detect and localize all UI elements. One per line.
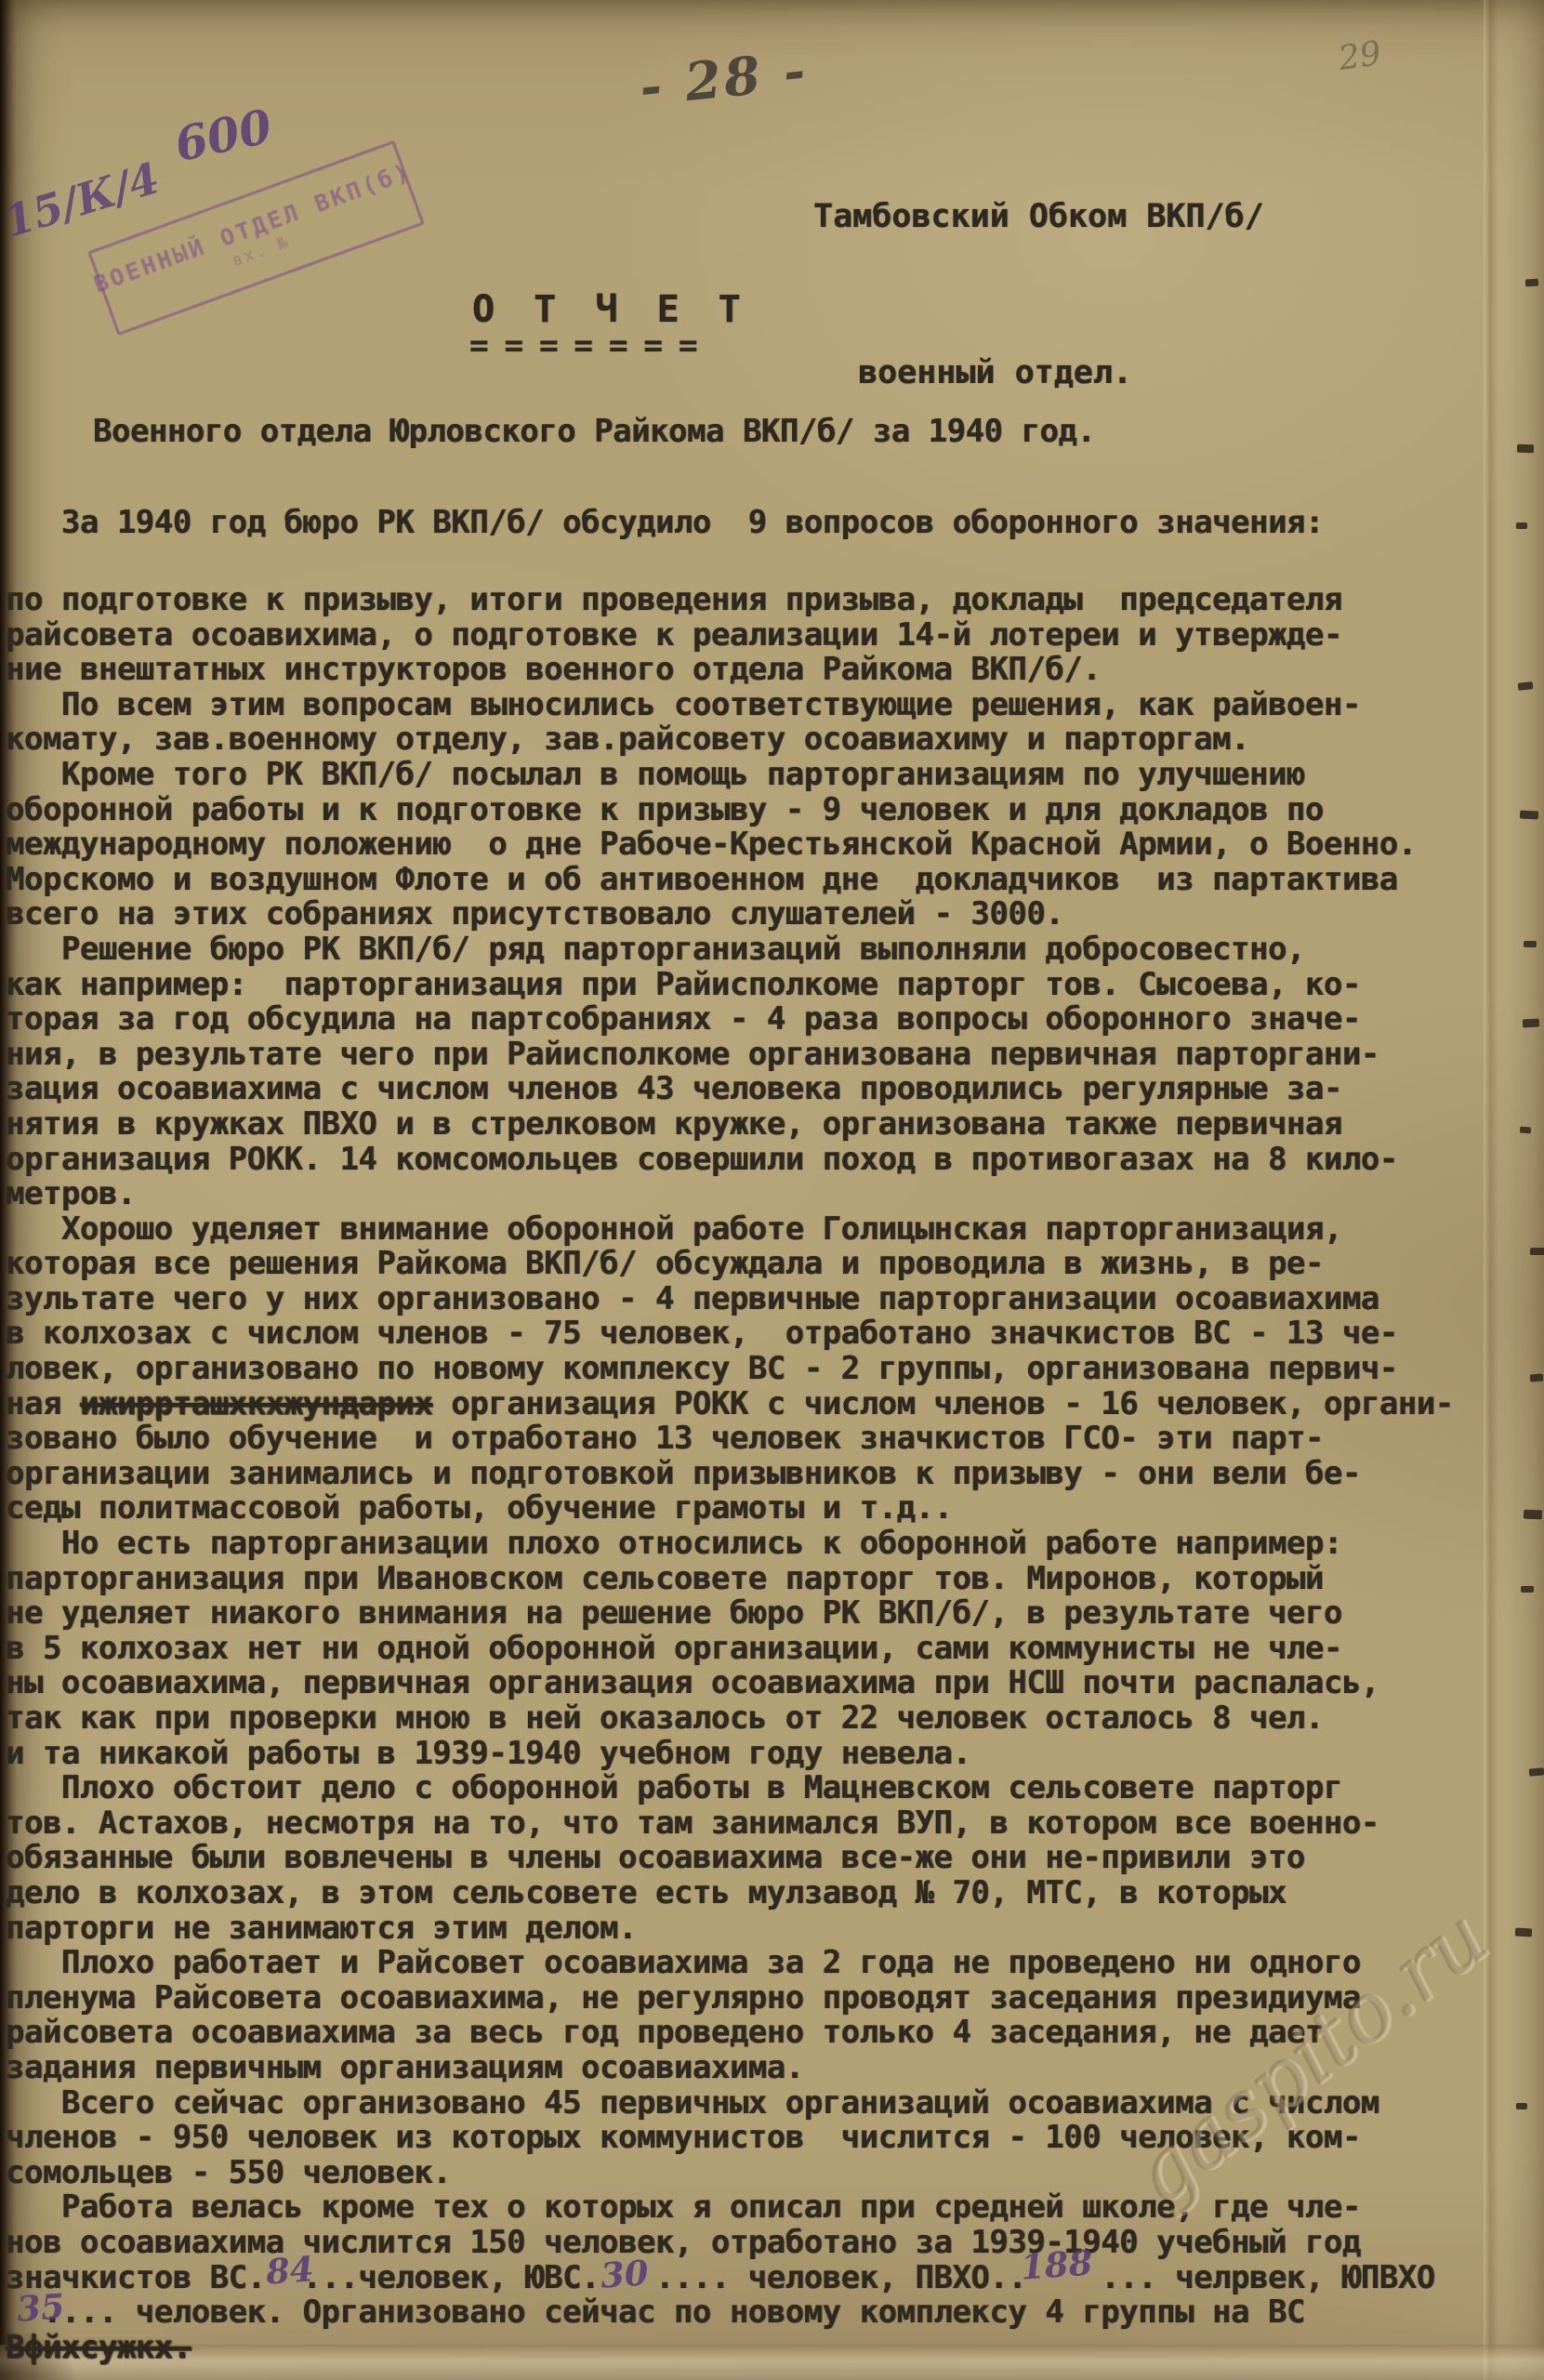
scan-edge-mark [1518, 681, 1534, 691]
scan-edge-mark [1524, 1510, 1542, 1520]
typed-line: .... человек. Организовано сейчас по нов… [6, 2295, 1454, 2331]
typed-line: зовано было обучение и отработано 13 чел… [6, 1421, 1454, 1457]
typed-line: дело в колхозах, в этом сельсовете есть … [6, 1876, 1454, 1911]
typed-line: Хорошо уделяет внимание оборонной работе… [6, 1212, 1454, 1248]
handwritten-number-pvho: 188 [1020, 2241, 1094, 2287]
handwritten-corner-number: 29 [1336, 34, 1383, 78]
typed-line: нов осоавиахима числится 150 человек, от… [6, 2226, 1454, 2261]
typed-line: пленума Райсовета осоавиахима, не регуля… [6, 1981, 1454, 2016]
scan-edge-mark [1524, 941, 1537, 947]
typed-line: Плохо работает и Райсовет осоавиахима за… [6, 1946, 1454, 1981]
letterhead-dept: военный отдел. [813, 353, 1264, 392]
typed-line: нятия в кружках ПВХО и в стрелковом круж… [6, 1107, 1454, 1143]
typed-line: зация осоавиахима с числом членов 43 чел… [6, 1072, 1454, 1107]
typed-line: в 5 колхозах нет ни одной оборонной орга… [6, 1632, 1454, 1667]
document-subtitle: Военного отдела Юрловского Райкома ВКП/б… [93, 413, 1095, 450]
letterhead-org: Тамбовский Обком ВКП/б/ [813, 197, 1264, 236]
typed-line: всего на этих собраниях присутствовало с… [6, 897, 1454, 932]
typed-line: оборонной работы и к подготовке к призыв… [6, 793, 1454, 828]
typed-line: которая все решения Райкома ВКП/б/ обсуж… [6, 1247, 1454, 1282]
scan-edge-mark [1525, 279, 1539, 287]
typed-line: в колхозах с числом членов - 75 человек,… [6, 1316, 1454, 1352]
typed-line: Плохо обстоит дело с оборонной работы в … [6, 1771, 1454, 1806]
typed-line: Вфйхсужкх. [6, 2331, 1454, 2366]
typed-line: ны осоавиахима, первичная организация ос… [6, 1666, 1454, 1701]
title-underline: ======= [469, 327, 713, 364]
handwritten-number-yupvho: 35 [16, 2285, 66, 2329]
scan-edge-mark [1521, 1586, 1534, 1593]
typed-line: и та никакой работы в 1939-1940 учебном … [6, 1737, 1454, 1772]
typed-line: парторги не занимаются этим делом. [6, 1911, 1454, 1947]
typed-line: Морскомо и воздушном Флоте и об антивоен… [6, 863, 1454, 898]
typed-line: комату, зав.военному отделу, зав.райсове… [6, 722, 1454, 758]
handwritten-number-yuvs: 30 [600, 2252, 650, 2295]
crossed-out-text: Вфйхсужкх. [6, 2329, 191, 2366]
typed-line: организации занимались и подготовкой при… [6, 1457, 1454, 1492]
scan-edge-mark [1516, 2103, 1527, 2109]
typed-line: международному положению о дне Рабоче-Кр… [6, 827, 1454, 863]
handwritten-page-number: - 28 - [637, 40, 811, 119]
crossed-out-text: ижиррташхкхжундарих [80, 1385, 432, 1422]
scan-edge-mark [1516, 522, 1527, 529]
typed-line: метров. [6, 1177, 1454, 1212]
scan-edge-mark [1520, 810, 1538, 819]
typed-line: зультате чего у них организовано - 4 пер… [6, 1282, 1454, 1317]
typed-line: Кроме того РК ВКП/б/ посылал в помощь па… [6, 758, 1454, 793]
scan-edge-mark [1530, 1248, 1544, 1255]
scan-edge-mark [1523, 1019, 1539, 1028]
scan-edge-mark [1517, 444, 1534, 454]
handwritten-number-vs: 84 [265, 2248, 315, 2292]
page-fold-crease [1484, 0, 1544, 2380]
typed-line: не уделяет ниакого внимания на решение б… [6, 1596, 1454, 1632]
typed-line: значкистов ВС. ...человек, ЮВС. .... чел… [6, 2261, 1454, 2296]
typed-line: По всем этим вопросам выносились соответ… [6, 688, 1454, 723]
typed-line: тов. Астахов, несмотря на то, что там за… [6, 1806, 1454, 1842]
typed-line: ловек, организовано по новому комплексу … [6, 1352, 1454, 1387]
scan-edge-mark [1530, 1374, 1544, 1382]
scan-edge-mark [1529, 1767, 1544, 1776]
typed-line: райсовета осоавихима, о подготовке к реа… [6, 618, 1454, 654]
typed-line: так как при проверки мною в ней оказалос… [6, 1701, 1454, 1737]
typed-line: Решение бюро РК ВКП/б/ ряд парторганизац… [6, 932, 1454, 968]
typed-line: Но есть парторганизации плохо относились… [6, 1527, 1454, 1562]
typed-line: ние внештатных инструкторов военного отд… [6, 653, 1454, 688]
scan-edge-mark [1520, 1126, 1532, 1133]
typed-line: ния, в результате чего при Райисполкоме … [6, 1038, 1454, 1073]
typed-line: седы политмассовой работы, обучение грам… [6, 1491, 1454, 1527]
intro-line: За 1940 год бюро РК ВКП/б/ обсудило 9 во… [6, 505, 1324, 540]
typed-line: райсовета осоавиахима за весь год провед… [6, 2016, 1454, 2051]
handwritten-copies-note: 600 [170, 99, 276, 172]
typed-line: ная ижиррташхкхжундарих организация РОКК… [6, 1387, 1454, 1422]
typed-line: по подготовке к призыву, итоги проведени… [6, 583, 1454, 618]
typed-line: торая за год обсудила на партсобраниях -… [6, 1002, 1454, 1038]
document-title: О Т Ч Е Т [472, 288, 749, 331]
scan-edge-mark [1515, 1928, 1532, 1937]
document-page: - 28 - 29 ВОЕННЫЙ ОТДЕЛ ВКП(б) вх. № 600… [0, 0, 1544, 2380]
typed-line: организация РОКК. 14 комсомольцев соверш… [6, 1143, 1454, 1178]
typed-line: Работа велась кроме тех о которых я опис… [6, 2190, 1454, 2226]
typed-line: обязанные были вовлечены в члены осоавиа… [6, 1841, 1454, 1876]
typed-line: как например: парторганизация при Райисп… [6, 968, 1454, 1003]
typed-line: парторганизация при Ивановском сельсовет… [6, 1562, 1454, 1597]
